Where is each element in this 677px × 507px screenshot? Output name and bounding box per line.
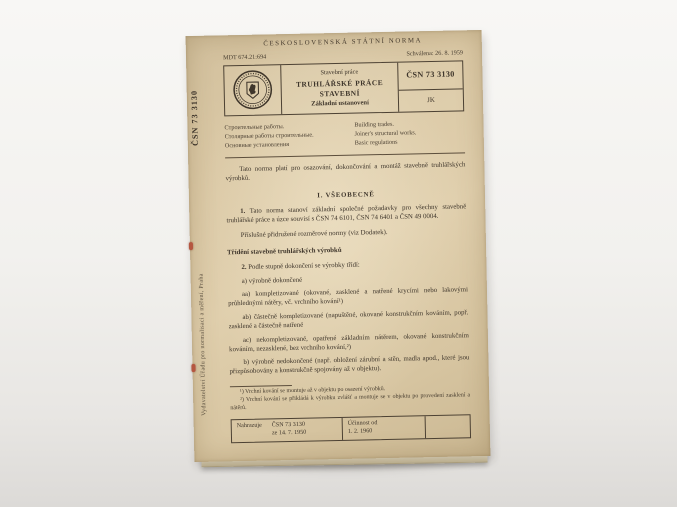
staple-mark [191,364,195,372]
section-heading: I. VŠEOBECNĚ [226,189,466,203]
norm-number-cell: ČSN 73 3130 JK [397,61,463,111]
subject-block: Строительные работы. Столярные работы ст… [224,119,465,151]
paragraph-2: Příslušné přidružené rozměrové normy (vi… [227,227,467,241]
effective-cell: Účinnost od 1. 2. 1960 [342,416,425,440]
norm-subtitle: Základní ustanovení [285,99,395,110]
subject-english: Building trades. Joiner's structural wor… [354,119,465,148]
mdt-code: MDT 674.21:694 [223,53,266,62]
list-item-ab: ab) částečně kompletizované (napuštěné, … [228,309,468,332]
norm-category: Stavební práce [284,68,394,79]
staple-mark [189,242,193,250]
empty-cell [425,415,470,438]
norm-booklet: ČSN 73 3130 Vydavatelství Úřadu pro norm… [186,30,491,462]
classification-subheading: Třídění stavebně truhlářských výrobků [227,244,467,258]
state-seal-icon [231,69,274,112]
effective-date: 1. 2. 1960 [348,427,420,436]
replaces-date: ze 14. 7. 1950 [272,430,307,439]
photo-backdrop: ČSN 73 3130 Vydavatelství Úřadu pro norm… [0,0,677,507]
list-item-ac: ac) nekompletizované, opatřené základním… [229,332,469,355]
list-item-a: a) výrobně dokončené [228,273,468,287]
title-cell: Stavební práce TRUHLÁŘSKÉ PRÁCE STAVEBNÍ… [281,63,398,115]
replaces-label: Nahrazuje [237,423,262,431]
norm-title: TRUHLÁŘSKÉ PRÁCE STAVEBNÍ [285,78,395,100]
cover-content: ČESKOSLOVENSKÁ STÁTNÍ NORMA MDT 674.21:6… [223,36,472,453]
approval-date: Schválena: 26. 8. 1959 [406,49,463,58]
subject-line: Basic regulations [355,137,465,148]
replaces-value: ČSN 73 3130 ze 14. 7. 1950 [272,422,307,439]
subject-russian: Строительные работы. Столярные работы ст… [224,122,354,152]
norm-number: ČSN 73 3130 [398,61,463,90]
scope-paragraph: Tato norma platí pro osazování, dokončov… [225,161,465,184]
list-item-aa: aa) kompletizované (okované, zasklené a … [228,287,468,310]
paragraph-1-text: Tato norma stanoví základní společné pož… [226,204,466,225]
spine-norm-number: ČSN 73 3130 [189,58,200,146]
horizontal-rule [225,152,465,158]
subject-line: Основные установления [225,140,355,152]
paragraph-3-text: Podle stupně dokončení se výrobky třídí: [246,261,359,270]
list-item-b: b) výrobně nedokončené (např. obložení z… [229,355,469,378]
paragraph-1: 1. Tato norma stanoví základní společné … [226,204,466,227]
footnote-rule [230,385,292,387]
class-code: JK [399,89,463,112]
replaces-cell: Nahrazuje ČSN 73 3130 ze 14. 7. 1950 [232,418,342,442]
seal-cell [224,65,282,115]
paragraph-3: 2. Podle stupně dokončení se výrobky tří… [227,259,467,273]
title-box: Stavební práce TRUHLÁŘSKÉ PRÁCE STAVEBNÍ… [223,60,464,116]
footer-table: Nahrazuje ČSN 73 3130 ze 14. 7. 1950 Úči… [231,414,471,443]
